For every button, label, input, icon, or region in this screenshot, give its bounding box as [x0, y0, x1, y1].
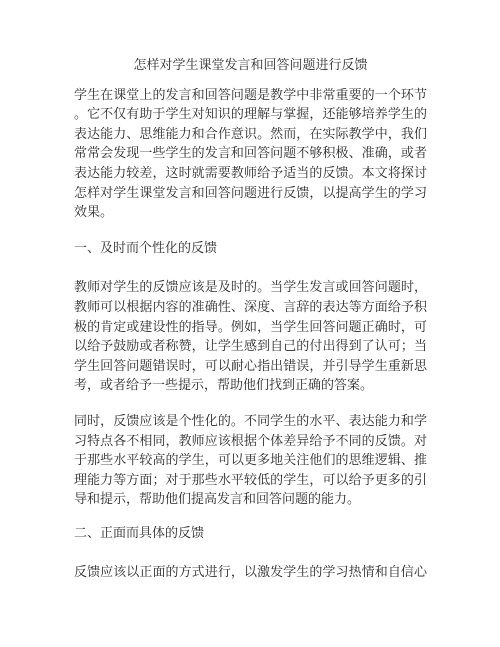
text-line: 习特点各不相同，教师应该根据个体差异给予不同的反馈。对: [74, 431, 427, 451]
document-page: 怎样对学生课堂发言和回答问题进行反馈 学生在课堂上的发言和回答问题是教学中非常重…: [0, 0, 500, 647]
paragraph-positive-feedback: 反馈应该以正面的方式进行，以激发学生的学习热情和自信心: [74, 562, 427, 582]
text-line: 学生在课堂上的发言和回答问题是教学中非常重要的一个环节: [74, 85, 427, 105]
document-content: 怎样对学生课堂发言和回答问题进行反馈 学生在课堂上的发言和回答问题是教学中非常重…: [74, 55, 427, 582]
paragraph-timely-feedback: 教师对学生的反馈应该是及时的。当学生发言或回答问题时， 教师可以根据内容的准确性…: [74, 277, 427, 395]
text-line: 表达能力较差，这时就需要教师给予适当的反馈。本文将探讨: [74, 163, 427, 183]
section-heading-2: 二、正面而具体的反馈: [74, 523, 427, 543]
text-line: 学生回答问题错误时，可以耐心指出错误，并引导学生重新思: [74, 356, 427, 376]
text-line: 考，或者给予一些提示，帮助他们找到正确的答案。: [74, 375, 427, 395]
text-line: 理能力等方面；对于那些水平较低的学生，可以给予更多的引: [74, 470, 427, 490]
text-line: 极的肯定或建设性的指导。例如，当学生回答问题正确时，可: [74, 317, 427, 337]
paragraph-intro: 学生在课堂上的发言和回答问题是教学中非常重要的一个环节 。它不仅有助于学生对知识…: [74, 85, 427, 222]
text-line: 怎样对学生课堂发言和回答问题进行反馈，以提高学生的学习: [74, 183, 427, 203]
paragraph-personalized-feedback: 同时，反馈应该是个性化的。不同学生的水平、表达能力和学 习特点各不相同，教师应该…: [74, 411, 427, 509]
text-line: 。它不仅有助于学生对知识的理解与掌握，还能够培养学生的: [74, 104, 427, 124]
text-line: 常常会发现一些学生的发言和回答问题不够积极、准确，或者: [74, 143, 427, 163]
text-line: 教师可以根据内容的准确性、深度、言辞的表达等方面给予积: [74, 297, 427, 317]
text-line: 表达能力、思维能力和合作意识。然而，在实际教学中，我们: [74, 124, 427, 144]
text-line: 以给予鼓励或者称赞，让学生感到自己的付出得到了认可；当: [74, 336, 427, 356]
section-heading-1: 一、及时而个性化的反馈: [74, 238, 427, 258]
document-title: 怎样对学生课堂发言和回答问题进行反馈: [74, 55, 427, 75]
text-line: 导和提示，帮助他们提高发言和回答问题的能力。: [74, 489, 427, 509]
text-line: 反馈应该以正面的方式进行，以激发学生的学习热情和自信心: [74, 562, 427, 582]
text-line: 于那些水平较高的学生，可以更多地关注他们的思维逻辑、推: [74, 450, 427, 470]
text-line: 效果。: [74, 202, 427, 222]
text-line: 教师对学生的反馈应该是及时的。当学生发言或回答问题时，: [74, 277, 427, 297]
text-line: 同时，反馈应该是个性化的。不同学生的水平、表达能力和学: [74, 411, 427, 431]
